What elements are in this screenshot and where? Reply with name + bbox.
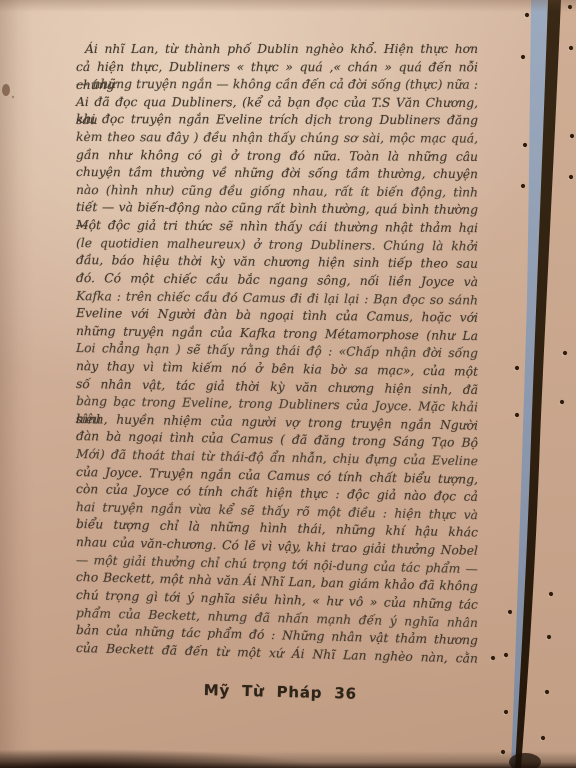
text-line: — những truyện ngắn — không cần đến cả đ… bbox=[76, 76, 478, 94]
text-line: kèm theo sau đây ) đều nhận thấy chúng s… bbox=[76, 129, 478, 148]
top-edge-shadow bbox=[0, 0, 576, 12]
text-line: khi đọc truyện ngắn Eveline trích dịch t… bbox=[76, 111, 478, 130]
text-line: Ái nhĩ Lan, từ thành phố Dublin nghèo kh… bbox=[76, 41, 478, 59]
text-line: Ai đã đọc qua Dubliners, (kể cả bạn đọc … bbox=[76, 94, 478, 113]
left-crease-shadow bbox=[0, 0, 34, 768]
text-line: gần như không có gì ở trong đó nữa. Toàn… bbox=[76, 147, 478, 167]
running-footer-page-number: Mỹ Từ Pháp 36 bbox=[204, 681, 357, 703]
book-page-photo: Ái nhĩ Lan, từ thành phố Dublin nghèo kh… bbox=[0, 0, 576, 768]
text-line: chuyện tầm thường về những đời sống tầm … bbox=[76, 164, 478, 184]
text-line: cả hiện thực, Dubliners « thực » quá ,« … bbox=[76, 59, 478, 77]
body-text: Ái nhĩ Lan, từ thành phố Dublin nghèo kh… bbox=[76, 41, 478, 657]
